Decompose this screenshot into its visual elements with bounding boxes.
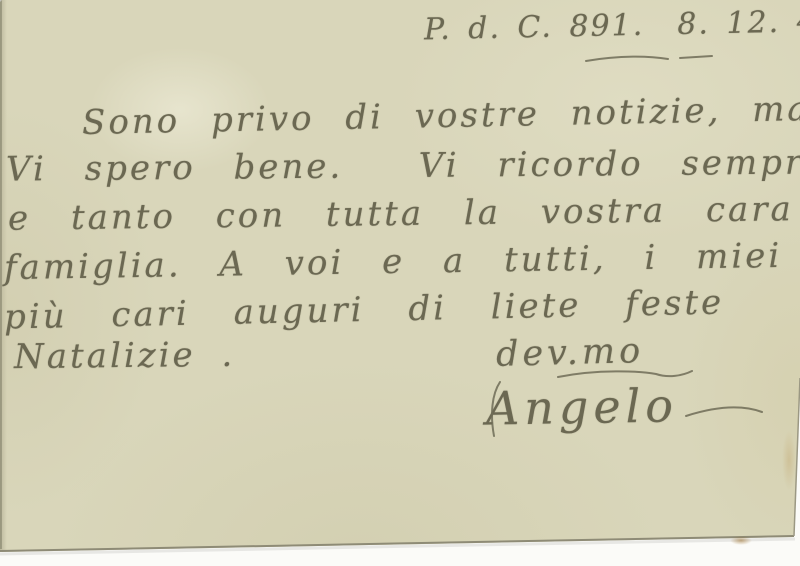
scanned-postcard: P. d. C. 891. 8. 12. 44 Sono privo di vo… — [0, 0, 800, 566]
body-line: Sono privo di vostre notizie, ma — [82, 89, 800, 143]
closing-devmo: dev.mo — [496, 331, 645, 375]
signature-tail — [686, 407, 762, 416]
date-line: P. d. C. 891. 8. 12. 44 — [424, 4, 800, 48]
date-underline-short — [680, 56, 712, 58]
signature: Angelo — [486, 378, 679, 435]
paper-stain — [782, 430, 796, 490]
postcard-paper: P. d. C. 891. 8. 12. 44 Sono privo di vo… — [0, 0, 800, 566]
body-line: Vi spero bene. Vi ricordo sempre — [6, 142, 800, 189]
body-line: e tanto con tutta la vostra cara — [8, 189, 794, 239]
body-line: più cari auguri di liete feste — [4, 282, 725, 337]
date-underline — [586, 57, 668, 61]
body-line: Natalizie . — [14, 335, 236, 377]
paper-stain — [730, 536, 752, 545]
body-line: famiglia. A voi e a tutti, i miei — [4, 236, 783, 288]
